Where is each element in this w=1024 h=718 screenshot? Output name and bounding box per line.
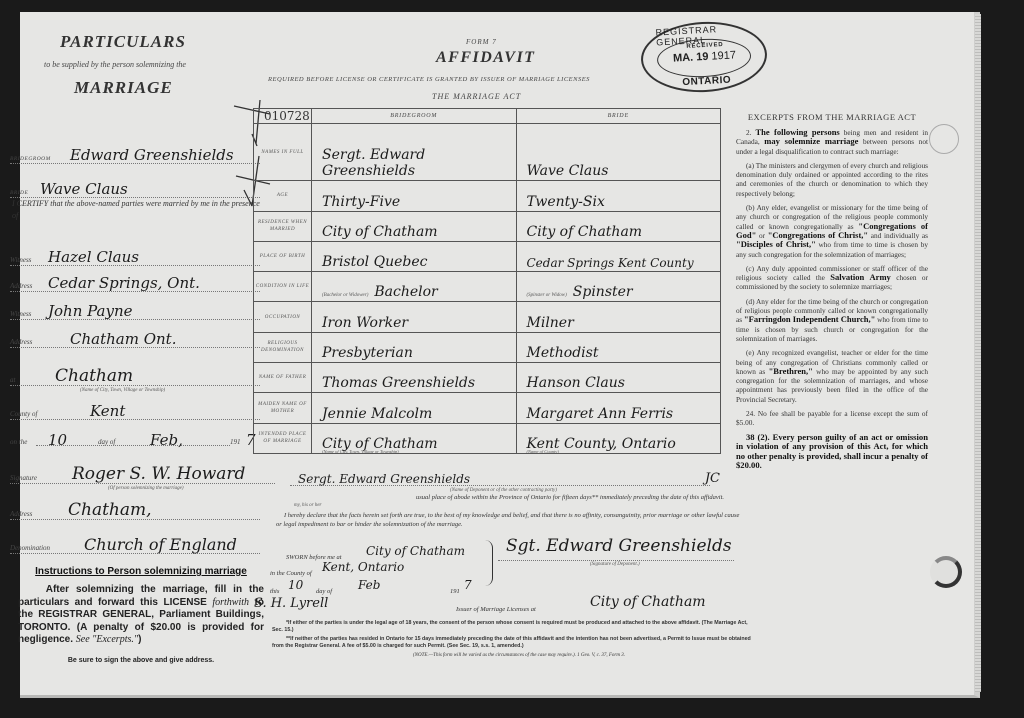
sworn-day: 10 xyxy=(288,578,303,592)
required-line: REQUIRED BEFORE LICENSE OR CERTIFICATE I… xyxy=(268,76,590,83)
marriage-day: 10 xyxy=(48,431,67,449)
instructions-body: After solemnizing the marriage, fill in … xyxy=(18,584,264,647)
marriage-title: MARRIAGE xyxy=(74,78,173,98)
excerpt-clause-b: (b) Any elder, evangelist or missionary … xyxy=(736,203,928,259)
declaration-text: I hereby declare that the facts herein s… xyxy=(270,511,740,529)
table-row-birthplace: PLACE of BIRTH Bristol Quebec Cedar Spri… xyxy=(254,241,721,271)
particulars-table: 010728 BRIDEGROOM BRIDE NAMES in Full Se… xyxy=(253,108,721,454)
sworn-year: 7 xyxy=(464,578,472,592)
table-row-intended-place: INTENDED PLACE of MARRIAGE City of Chath… xyxy=(254,423,721,453)
officiant-signature: Roger S. W. Howard xyxy=(72,464,245,484)
table-row-occupation: OCCUPATION Iron Worker Milner xyxy=(254,302,721,332)
denomination-value: Church of England xyxy=(84,535,237,554)
excerpt-clause-a: (a) The ministers and clergymen of every… xyxy=(736,161,928,198)
excerpt-section-38: 38 (2). Every person guilty of an act or… xyxy=(736,433,928,471)
witness2-field: Witness John Payne xyxy=(10,298,260,320)
officiant-address-field: Address Chatham, xyxy=(10,498,260,520)
address2-field: Address Chatham Ont. xyxy=(10,326,260,348)
punch-hole-icon xyxy=(930,556,962,588)
table-row-condition: CONDITION in LIFE (Bachelor or Widower)B… xyxy=(254,272,721,302)
footnotes: *If either of the parties is under the l… xyxy=(272,620,752,661)
punch-hole-icon xyxy=(929,124,959,154)
bridegroom-value: Edward Greenshields xyxy=(70,146,234,164)
excerpts-heading: EXCERPTS FROM THE MARRIAGE ACT xyxy=(736,112,928,122)
table-row-names: NAMES in Full Sergt. Edward Greenshields… xyxy=(254,124,721,181)
county-field: County of Kent xyxy=(10,398,260,420)
column-header-bridegroom: BRIDEGROOM xyxy=(311,109,516,124)
place-value: Chatham xyxy=(55,366,133,386)
issuer-signature: S. H. Lyrell xyxy=(254,596,328,611)
excerpt-section-24: 24. No fee shall be payable for a licens… xyxy=(736,409,928,428)
instructions-footer: Be sure to sign the above and give addre… xyxy=(18,657,264,664)
certify-text: I CERTIFY that the above-named parties w… xyxy=(12,198,260,222)
sworn-month: Feb xyxy=(358,578,380,592)
particulars-subtitle: to be supplied by the person solemnizing… xyxy=(44,60,186,69)
excerpts-panel: EXCERPTS FROM THE MARRIAGE ACT 2. The fo… xyxy=(736,112,928,476)
affidavit-title: AFFIDAVIT xyxy=(436,49,535,67)
table-row-residence: RESIDENCE when MARRIED City of Chatham C… xyxy=(254,211,721,241)
form-number: FORM 7 xyxy=(466,38,497,46)
sworn-county-value: Kent, Ontario xyxy=(322,560,404,574)
officiant-address: Chatham, xyxy=(68,500,152,520)
excerpt-section-2: 2. The following persons being men and r… xyxy=(736,128,928,156)
address1-value: Cedar Springs, Ont. xyxy=(48,274,200,292)
deponent-signature: Sgt. Edward Greenshields xyxy=(506,536,732,556)
denomination-field: Denomination Church of England xyxy=(10,532,260,554)
instructions-heading: Instructions to Person solemnizing marri… xyxy=(18,566,264,577)
marriage-date-field: on the 10 day of Feb, 191 7 xyxy=(10,426,260,448)
marriage-act-title: THE MARRIAGE ACT xyxy=(432,92,521,101)
table-row-age: AGE Thirty-Five Twenty-Six xyxy=(254,181,721,211)
witness1-value: Hazel Claus xyxy=(48,248,139,266)
deposition-section: Sergt. Edward Greenshields (Name of Depo… xyxy=(270,468,740,529)
county-value: Kent xyxy=(90,402,125,420)
excerpt-clause-e: (e) Any recognized evangelist, teacher o… xyxy=(736,348,928,404)
place-field: at Chatham (Name of City, Town, Village … xyxy=(10,364,260,386)
serial-number: 010728 xyxy=(254,109,312,124)
witness2-value: John Payne xyxy=(48,302,133,320)
bridegroom-field: BRIDEGROOM Edward Greenshields xyxy=(10,142,260,164)
witness1-field: Witness Hazel Claus xyxy=(10,244,260,266)
deponent-name: Sergt. Edward Greenshields xyxy=(298,472,470,486)
bride-value: Wave Claus xyxy=(40,180,128,198)
particulars-title: PARTICULARS xyxy=(60,32,186,52)
excerpt-clause-c: (c) Any duly appointed commissioner or s… xyxy=(736,264,928,292)
sworn-section: SWORN before me at City of Chatham in th… xyxy=(270,542,750,612)
table-row-mother: MAIDEN NAME of MOTHER Jennie Malcolm Mar… xyxy=(254,393,721,423)
officiant-signature-field: Signature Roger S. W. Howard (Of person … xyxy=(10,462,275,484)
column-header-bride: BRIDE xyxy=(516,109,721,124)
table-row-religion: RELIGIOUS DENOMINATION Presbyterian Meth… xyxy=(254,332,721,362)
excerpt-clause-d: (d) Any elder for the time being of the … xyxy=(736,297,928,343)
marriage-month: Feb, xyxy=(150,431,183,449)
issuer-address: City of Chatham xyxy=(590,594,706,610)
sworn-at-value: City of Chatham xyxy=(366,544,465,558)
address2-value: Chatham Ont. xyxy=(70,330,176,348)
address1-field: Address Cedar Springs, Ont. xyxy=(10,270,260,292)
bride-field: BRIDE Wave Claus xyxy=(10,176,260,198)
page-edge xyxy=(975,14,981,692)
instructions-box: Instructions to Person solemnizing marri… xyxy=(18,566,264,664)
table-row-father: NAME of FATHER Thomas Greenshields Hanso… xyxy=(254,363,721,393)
